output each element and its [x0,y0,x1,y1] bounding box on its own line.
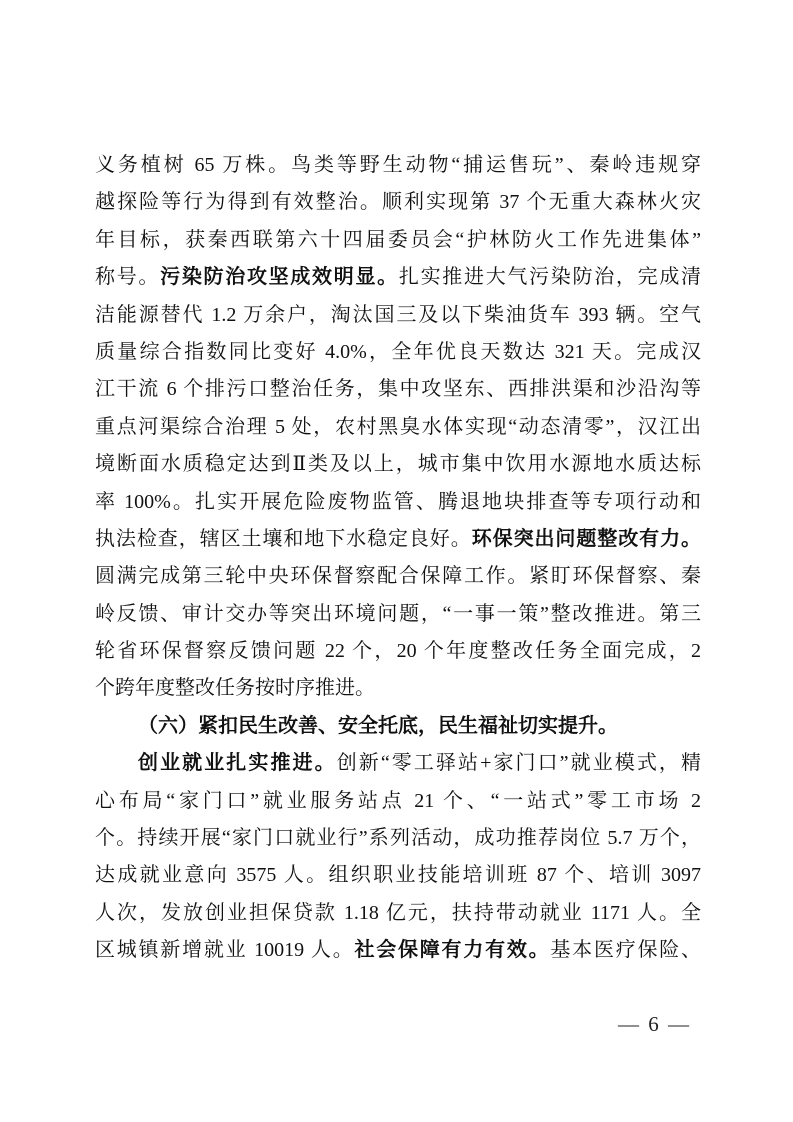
text-segment: 重点河渠综合治理 5 处，农村黑臭水体实现“动态清零”，汉江出 [95,416,701,438]
text-line: 义务植树 65 万株。鸟类等野生动物“捕运售玩”、秦岭违规穿 [95,147,701,184]
text-segment: 越探险等行为得到有效整治。顺利实现第 37 个无重大森林火灾 [95,191,701,213]
text-segment: 境断面水质稳定达到Ⅱ类及以上，城市集中饮用水源地水质达标 [95,453,701,475]
text-segment: 达成就业意向 3575 人。组织职业技能培训班 87 个、培训 3097 [95,864,701,886]
text-segment: 执法检查，辖区土壤和地下水稳定良好。 [95,528,472,550]
text-segment: 圆满完成第三轮中央环保督察配合保障工作。紧盯环保督察、秦 [95,565,701,587]
text-segment: 创新“零工驿站+家门口”就业模式，精 [337,752,701,774]
bold-text-segment: 环保突出问题整改有力。 [472,528,701,550]
text-segment: 轮省环保督察反馈问题 22 个，20 个年度整改任务全面完成，2 [95,640,701,662]
text-segment: 区城镇新增就业 10019 人。 [95,939,354,961]
bold-text-segment: 社会保障有力有效。 [354,939,550,961]
text-line: 率 100%。扎实开展危险废物监管、腾退地块排查等专项行动和 [95,484,701,521]
text-line: 称号。污染防治攻坚成效明显。扎实推进大气污染防治，完成清 [95,259,701,296]
text-line: 执法检查，辖区土壤和地下水稳定良好。环保突出问题整改有力。 [95,521,701,558]
text-line: 岭反馈、审计交办等突出环境问题，“一事一策”整改推进。第三 [95,596,701,633]
text-line: 创业就业扎实推进。创新“零工驿站+家门口”就业模式，精 [95,745,701,782]
text-line: 境断面水质稳定达到Ⅱ类及以上，城市集中饮用水源地水质达标 [95,446,701,483]
text-line: 圆满完成第三轮中央环保督察配合保障工作。紧盯环保督察、秦 [95,558,701,595]
body-text-block: 义务植树 65 万株。鸟类等野生动物“捕运售玩”、秦岭违规穿越探险等行为得到有效… [95,147,701,970]
text-segment: 扎实推进大气污染防治，完成清 [399,266,701,288]
text-segment: 年目标，获秦西联第六十四届委员会“护林防火工作先进集体” [95,229,701,251]
page-number: — 6 — [618,1010,691,1038]
text-line: 重点河渠综合治理 5 处，农村黑臭水体实现“动态清零”，汉江出 [95,409,701,446]
text-line: 区城镇新增就业 10019 人。社会保障有力有效。基本医疗保险、 [95,932,701,969]
text-line: 个。持续开展“家门口就业行”系列活动，成功推荐岗位 5.7 万个， [95,820,701,857]
text-line: 质量综合指数同比变好 4.0%，全年优良天数达 321 天。完成汉 [95,334,701,371]
text-segment: 称号。 [95,266,160,288]
text-segment: 人次，发放创业担保贷款 1.18 亿元，扶持带动就业 1171 人。全 [95,902,701,924]
text-line: 人次，发放创业担保贷款 1.18 亿元，扶持带动就业 1171 人。全 [95,895,701,932]
text-segment: 义务植树 65 万株。鸟类等野生动物“捕运售玩”、秦岭违规穿 [95,154,701,176]
text-line: 个跨年度整改任务按时序推进。 [95,670,701,707]
text-segment: 基本医疗保险、 [550,939,701,961]
bold-text-segment: 污染防治攻坚成效明显。 [160,266,399,288]
text-segment: 江干流 6 个排污口整治任务，集中攻坚东、西排洪渠和沙沿沟等 [95,378,701,400]
text-segment: 率 100%。扎实开展危险废物监管、腾退地块排查等专项行动和 [95,491,701,513]
text-line: 江干流 6 个排污口整治任务，集中攻坚东、西排洪渠和沙沿沟等 [95,371,701,408]
text-segment: 心布局“家门口”就业服务站点 21 个、“一站式”零工市场 2 [95,790,701,812]
text-segment: 个。持续开展“家门口就业行”系列活动，成功推荐岗位 5.7 万个， [95,827,701,849]
text-line: 洁能源替代 1.2 万余户，淘汰国三及以下柴油货车 393 辆。空气 [95,297,701,334]
text-line: 年目标，获秦西联第六十四届委员会“护林防火工作先进集体” [95,222,701,259]
text-line: 越探险等行为得到有效整治。顺利实现第 37 个无重大森林火灾 [95,184,701,221]
text-line: 达成就业意向 3575 人。组织职业技能培训班 87 个、培训 3097 [95,857,701,894]
text-line: 轮省环保督察反馈问题 22 个，20 个年度整改任务全面完成，2 [95,633,701,670]
document-page: 义务植树 65 万株。鸟类等野生动物“捕运售玩”、秦岭违规穿越探险等行为得到有效… [0,0,793,1122]
text-segment: 洁能源替代 1.2 万余户，淘汰国三及以下柴油货车 393 辆。空气 [95,304,701,326]
text-segment: 个跨年度整改任务按时序推进。 [95,677,375,699]
text-segment: 质量综合指数同比变好 4.0%，全年优良天数达 321 天。完成汉 [95,341,701,363]
text-segment: 岭反馈、审计交办等突出环境问题，“一事一策”整改推进。第三 [95,603,701,625]
text-segment: （六）紧扣民生改善、安全托底，民生福祉切实提升。 [138,715,618,737]
section-heading-line: （六）紧扣民生改善、安全托底，民生福祉切实提升。 [95,708,701,745]
bold-text-segment: 创业就业扎实推进。 [138,752,337,774]
text-line: 心布局“家门口”就业服务站点 21 个、“一站式”零工市场 2 [95,783,701,820]
